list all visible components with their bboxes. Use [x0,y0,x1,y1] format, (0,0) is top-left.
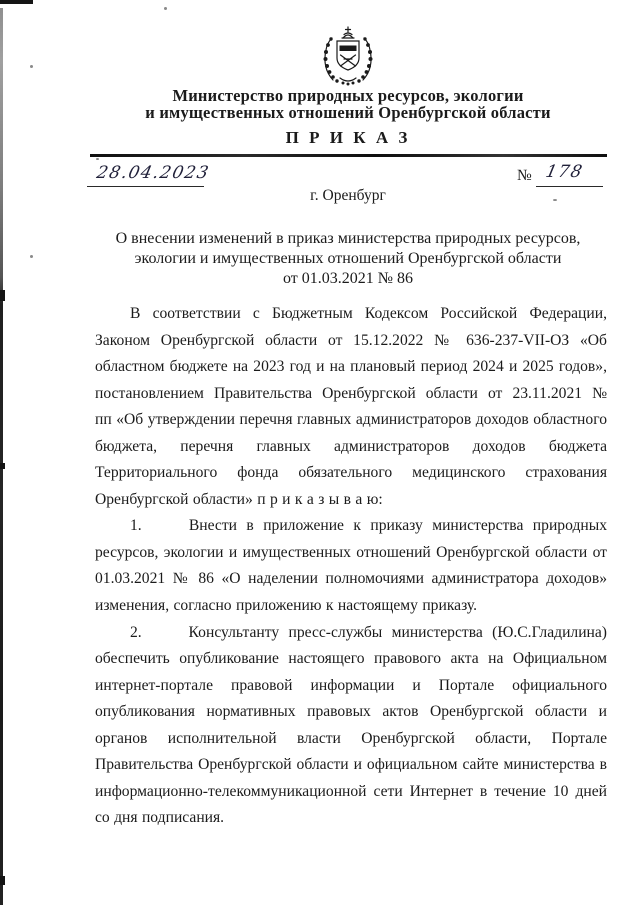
body-line: обеспечить опубликование настоящего прав… [95,646,607,673]
body-line: областном бюджете на 2023 год и на плано… [95,354,607,381]
body-line: Законом Оренбургской области от 15.12.20… [95,328,607,355]
body-line: 2. Консультанту пресс-службы министерств… [95,620,607,647]
body-line: постановлением Правительства Оренбургско… [95,381,607,408]
scan-artifact [0,290,5,301]
order-title: О внесении изменений в приказ министерст… [60,229,636,289]
body-line: Правительства Оренбургской области и офи… [95,752,607,779]
header-separator-line [90,154,607,157]
body-line: Оренбургской области» п р и к а з ы в а … [95,487,607,514]
order-title-line3: от 01.03.2021 № 86 [60,269,636,289]
scan-speck [96,158,99,160]
scanned-order-page: Министерство природных ресурсов, экологи… [0,0,640,905]
scan-artifact [0,876,5,885]
body-line: со дня подписания. [95,805,607,832]
body-line: В соответствии с Бюджетным Кодексом Росс… [95,301,607,328]
body-line: интернет-портале правовой информации и П… [95,673,607,700]
order-title-line2: экологии и имущественных отношений Оренб… [60,249,636,269]
body-line: ресурсов, экологии и имущественных отнош… [95,540,607,567]
body-line: органов исполнительной власти Оренбургск… [95,726,607,753]
body-line: информационно-телекоммуникационной сети … [95,779,607,806]
body-line: Территориального фонда обязательного мед… [95,460,607,487]
scan-edge-artifact [0,8,3,905]
body-line: 01.03.2021 № 86 «О наделении полномочиям… [95,566,607,593]
document-body: В соответствии с Бюджетным Кодексом Росс… [95,301,607,832]
order-date-handwritten: 28.04.2023 [97,163,209,183]
ministry-name-line2: и имущественных отношений Оренбургской о… [78,105,618,122]
document-type-heading: П Р И К А З [78,128,618,148]
order-title-line1: О внесении изменений в приказ министерст… [60,229,636,249]
scan-speck [30,65,33,68]
scan-speck [30,255,33,258]
body-line: 1. Внести в приложение к приказу министе… [95,513,607,540]
body-line: изменения, согласно приложению к настоящ… [95,593,607,620]
scan-speck [164,7,167,10]
body-line: пп «Об утверждении перечня главных админ… [95,407,607,434]
city-label: г. Оренбург [78,187,618,205]
ministry-name: Министерство природных ресурсов, экологи… [78,88,618,121]
number-sign: № [517,167,532,185]
body-line: бюджета, перечня главных администраторов… [95,434,607,461]
coat-of-arms-icon [319,26,377,91]
scan-artifact [0,463,5,469]
order-number-handwritten: 178 [546,162,583,182]
scan-artifact [0,0,33,4]
body-line: опубликования нормативных правовых актов… [95,699,607,726]
